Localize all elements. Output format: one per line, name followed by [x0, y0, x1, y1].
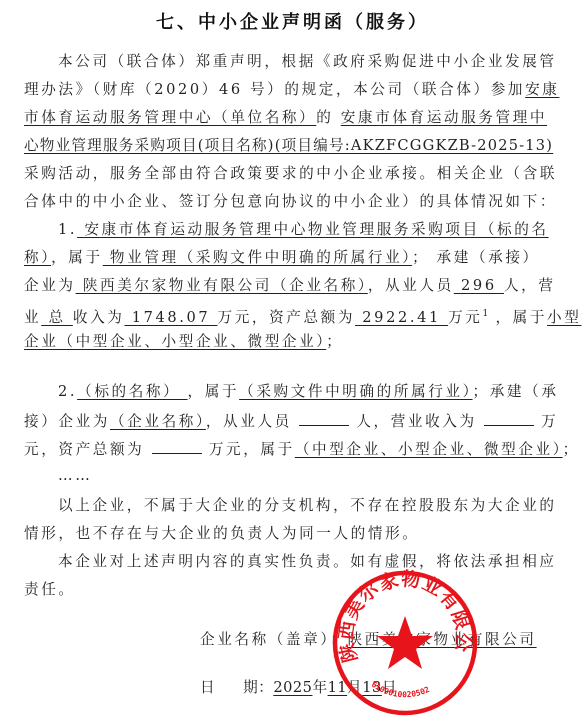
signature-date-line: 日期：2025年11月13日	[200, 678, 500, 698]
text: ； 承建（承接）	[412, 249, 540, 266]
intro-line-5: 采购活动，服务全部由符合政策要求的中小企业承接。相关企业（含联	[24, 164, 564, 184]
text: 的	[316, 109, 340, 126]
text: 本公司（联合体）郑重声明，根据《政府采购促进中小企业发展管	[58, 53, 557, 70]
text: ，从业人员	[206, 413, 299, 430]
intro-line-1: 本公司（联合体）郑重声明，根据《政府采购促进中小企业发展管	[24, 52, 564, 72]
ellipsis-line: ……	[24, 466, 564, 486]
date-year: 2025	[273, 679, 312, 696]
date-label: 期：	[243, 679, 273, 696]
text: 人，营	[504, 277, 556, 294]
text: 万元	[448, 309, 482, 326]
text: 年	[312, 679, 327, 696]
para4-line-2: 责任。	[24, 580, 564, 600]
item2-line-1: 2.（标的名称） ，属于（采购文件中明确的所属行业）；承建（承	[24, 382, 564, 402]
enterprise-size-placeholder: （中型企业、小型企业、微型企业）	[295, 441, 563, 458]
employee-count: 296	[454, 277, 504, 294]
revenue-blank	[484, 410, 534, 426]
company-label: 企业名称（盖章）：	[200, 631, 347, 648]
intro-line-3: 市体育运动服务管理中心（单位名称）的 安康市体育运动服务管理中	[24, 108, 564, 128]
text: ，从业人员	[368, 277, 454, 294]
project-number-underlined: 心物业管理服务采购项目(项目名称)(项目编号:AKZFCGGKZB-2025-1…	[24, 137, 553, 154]
company-name-placeholder: （企业名称）	[110, 413, 206, 430]
text: ；承建（承	[473, 383, 559, 400]
project-name-underlined: 安康市体育运动服务管理中	[341, 109, 547, 126]
text: 情形，也不存在与大企业的负责人为同一人的情形。	[24, 525, 419, 542]
text: 万	[534, 413, 558, 430]
assets-value: 2922.41	[355, 309, 448, 326]
text: 日	[382, 679, 397, 696]
company-name-underlined: 陕西美尔家物业有限公司（企业名称）	[76, 277, 368, 294]
date-label: 日	[200, 679, 215, 696]
text: 业	[24, 309, 41, 326]
intro-line-2: 理办法》（财库（2020）46 号）的规定，本公司（联合体）参加安康	[24, 80, 564, 100]
text: 接）企业为	[24, 413, 110, 430]
item2-line-2: 接）企业为（企业名称），从业人员 人，营业收入为 万	[24, 410, 564, 432]
text: 万元，资产总额为	[218, 309, 356, 326]
item-number: 1.	[58, 221, 77, 238]
text: 合体中的中小企业、签订分包意向协议的中小企业）的具体情况如下：	[24, 193, 557, 210]
industry-placeholder: （采购文件中明确的所属行业）	[239, 383, 472, 400]
para4-line-1: 本企业对上述声明内容的真实性负责。如有虚假，将依法承担相应	[24, 552, 564, 572]
text: 以上企业，不属于大企业的分支机构，不存在控股股东为大企业的	[58, 497, 557, 514]
industry-underlined: 物业管理（采购文件中明确的所属行业）	[103, 249, 412, 266]
text: ；	[326, 333, 343, 350]
text: 企业为	[24, 277, 76, 294]
subject-name-placeholder: （标的名称）	[77, 383, 187, 400]
text: ，属于	[188, 383, 240, 400]
unit-name-underlined: 安康	[525, 81, 559, 98]
document-page: 七、中小企业声明函（服务） 本公司（联合体）郑重声明，根据《政府采购促进中小企业…	[0, 0, 585, 728]
text: 本企业对上述声明内容的真实性负责。如有虚假，将依法承担相应	[58, 553, 557, 570]
item1-line-1: 1. 安康市体育运动服务管理中心物业管理服务采购项目（标的名	[24, 220, 564, 240]
text: 月	[347, 679, 362, 696]
assets-blank	[152, 438, 202, 454]
date-month: 11	[328, 679, 348, 696]
item1-line-2: 称），属于 物业管理（采购文件中明确的所属行业）； 承建（承接）	[24, 248, 564, 268]
unit-name-underlined: 市体育运动服务管理中心（单位名称）	[24, 109, 316, 126]
item-number: 2.	[58, 383, 77, 400]
intro-line-6: 合体中的中小企业、签订分包意向协议的中小企业）的具体情况如下：	[24, 192, 564, 212]
employee-count-blank	[299, 410, 349, 426]
subject-name-underlined: 安康市体育运动服务管理中心物业管理服务采购项目（标的名	[77, 221, 548, 238]
ellipsis: ……	[58, 467, 92, 484]
text: ，属于	[51, 249, 103, 266]
item1-line-5: 企业（中型企业、小型企业、微型企业）；	[24, 332, 564, 352]
signature-company-line: 企业名称（盖章）：陕西美尔家物业有限公司	[200, 630, 560, 650]
enterprise-size-underlined: 企业（中型企业、小型企业、微型企业）	[24, 333, 326, 350]
text: 责任。	[24, 581, 76, 598]
revenue-value: 1748.07	[124, 309, 217, 326]
date-day: 13	[362, 679, 382, 696]
text: 采购活动，服务全部由符合政策要求的中小企业承接。相关企业（含联	[24, 165, 557, 182]
para3-line-2: 情形，也不存在与大企业的负责人为同一人的情形。	[24, 524, 564, 544]
page-title: 七、中小企业声明函（服务）	[0, 8, 585, 34]
subject-name-underlined: 称）	[24, 249, 51, 266]
enterprise-size-underlined: 小型	[547, 309, 581, 326]
item2-line-3: 元，资产总额为 万元，属于（中型企业、小型企业、微型企业）；	[24, 438, 564, 460]
text-underlined: 总	[41, 309, 73, 326]
text: ；	[563, 441, 580, 458]
text: 人，营业收入为	[349, 413, 484, 430]
text: 万元，属于	[202, 441, 295, 458]
text: 理办法》（财库（2020）46 号）的规定，本公司（联合体）参加	[24, 81, 525, 98]
text: 元，资产总额为	[24, 441, 152, 458]
company-value: 陕西美尔家物业有限公司	[347, 631, 536, 648]
item1-line-3: 企业为 陕西美尔家物业有限公司（企业名称），从业人员 296 人，营	[24, 276, 564, 296]
para3-line-1: 以上企业，不属于大企业的分支机构，不存在控股股东为大企业的	[24, 496, 564, 516]
intro-line-4: 心物业管理服务采购项目(项目名称)(项目编号:AKZFCGGKZB-2025-1…	[24, 136, 564, 156]
text: 收入为	[73, 309, 125, 326]
item1-line-4: 业 总 收入为 1748.07 万元，资产总额为 2922.41 万元1 ，属于…	[24, 304, 564, 328]
text: ，属于	[488, 309, 547, 326]
